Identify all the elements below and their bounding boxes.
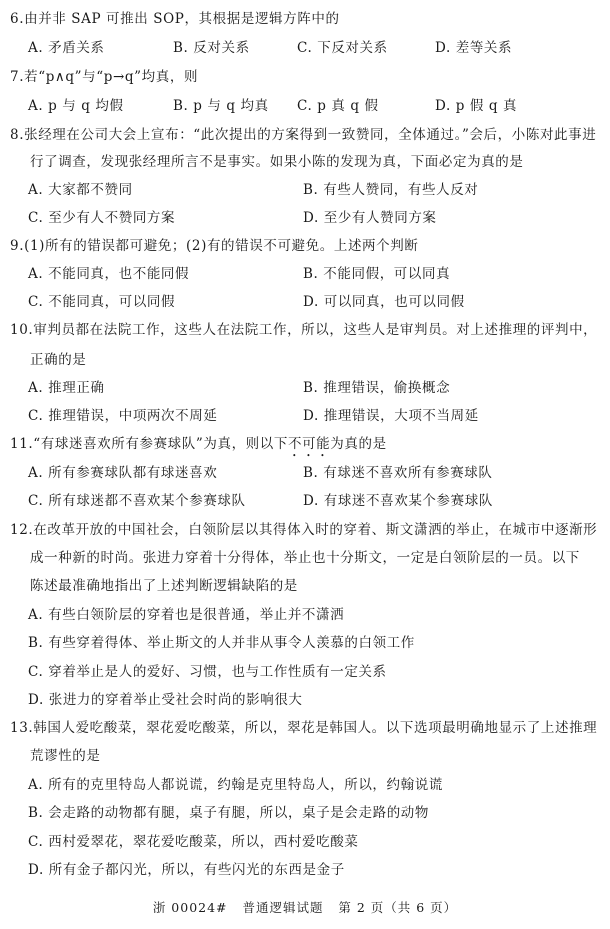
emphasized-text: 不可能 [288, 436, 330, 452]
question-9-stem: 9.(1)所有的错误都可避免；(2)有的错误不可避免。上述两个判断 [10, 237, 418, 255]
q7-option-b: B. p 与 q 均真 [173, 97, 269, 115]
q10-option-c: C. 推理错误，中项两次不周延 [28, 407, 217, 425]
q6-option-d: D. 差等关系 [435, 39, 512, 57]
q7-option-c: C. p 真 q 假 [297, 97, 379, 115]
q13-option-a: A. 所有的克里特岛人都说谎，约翰是克里特岛人，所以，约翰说谎 [28, 776, 443, 794]
q13-option-c: C. 西村爱翠花，翠花爱吃酸菜，所以，西村爱吃酸菜 [28, 833, 358, 851]
q6-option-b: B. 反对关系 [173, 39, 250, 57]
q12-option-d: D. 张进力的穿着举止受社会时尚的影响很大 [28, 691, 303, 709]
q7-option-d: D. p 假 q 真 [435, 97, 517, 115]
q12-option-a: A. 有些白领阶层的穿着也是很普通，举止并不潇洒 [28, 606, 344, 624]
q12-option-c: C. 穿着举止是人的爱好、习惯，也与工作性质有一定关系 [28, 663, 387, 681]
q9-option-a: A. 不能同真，也不能同假 [28, 265, 189, 283]
question-13-stem-cont: 荒谬性的是 [30, 747, 101, 765]
question-13-stem: 13.韩国人爱吃酸菜，翠花爱吃酸菜，所以，翠花是韩国人。以下选项最明确地显示了上… [10, 719, 597, 737]
q13-option-d: D. 所有金子都闪光，所以，有些闪光的东西是金子 [28, 861, 345, 879]
question-11-stem: 11.“有球迷喜欢所有参赛球队”为真，则以下不可能为真的是 [10, 435, 387, 460]
q7-option-a: A. p 与 q 均假 [28, 97, 124, 115]
q9-option-b: B. 不能同假，可以同真 [303, 265, 450, 283]
q12-option-b: B. 有些穿着得体、举止斯文的人并非从事令人羡慕的白领工作 [28, 634, 415, 652]
question-7-stem: 7.若“p∧q”与“p→q”均真，则 [10, 68, 198, 86]
q11-option-c: C. 所有球迷都不喜欢某个参赛球队 [28, 492, 246, 510]
q10-option-d: D. 推理错误，大项不当周延 [303, 407, 479, 425]
q8-option-b: B. 有些人赞同，有些人反对 [303, 181, 478, 199]
q6-option-c: C. 下反对关系 [297, 39, 388, 57]
q9-option-d: D. 可以同真，也可以同假 [303, 293, 465, 311]
question-10-stem-cont: 正确的是 [30, 351, 86, 369]
q13-option-b: B. 会走路的动物都有腿，桌子有腿，所以，桌子是会走路的动物 [28, 804, 429, 822]
q8-option-d: D. 至少有人赞同方案 [303, 209, 437, 227]
q8-option-a: A. 大家都不赞同 [28, 181, 133, 199]
question-8-stem: 8.张经理在公司大会上宣布：“此次提出的方案得到一致赞同，全体通过。”会后，小陈… [10, 126, 596, 144]
page-footer: 浙 00024# 普通逻辑试题 第 2 页（共 6 页） [0, 898, 610, 916]
q11-option-b: B. 有球迷不喜欢所有参赛球队 [303, 464, 493, 482]
q8-option-c: C. 至少有人不赞同方案 [28, 209, 175, 227]
question-12-stem-cont-1: 成一种新的时尚。张进力穿着十分得体，举止也十分斯文，一定是白领阶层的一员。以下 [30, 549, 580, 567]
q11-option-a: A. 所有参赛球队都有球迷喜欢 [28, 464, 217, 482]
question-12-stem: 12.在改革开放的中国社会，白领阶层以其得体入时的穿着、斯文潇洒的举止，在城市中… [10, 521, 597, 539]
q10-option-a: A. 推理正确 [28, 379, 105, 397]
q11-option-d: D. 有球迷不喜欢某个参赛球队 [303, 492, 493, 510]
question-6-stem: 6.由并非 SAP 可推出 SOP，其根据是逻辑方阵中的 [10, 10, 340, 28]
question-12-stem-cont-2: 陈述最准确地指出了上述判断逻辑缺陷的是 [30, 577, 298, 595]
q9-option-c: C. 不能同真，可以同假 [28, 293, 175, 311]
question-10-stem: 10.审判员都在法院工作，这些人在法院工作，所以，这些人是审判员。对上述推理的评… [10, 321, 597, 339]
q10-option-b: B. 推理错误，偷换概念 [303, 379, 450, 397]
q6-option-a: A. 矛盾关系 [28, 39, 105, 57]
question-8-stem-cont: 行了调查，发现张经理所言不是事实。如果小陈的发现为真，下面必定为真的是 [30, 153, 524, 171]
